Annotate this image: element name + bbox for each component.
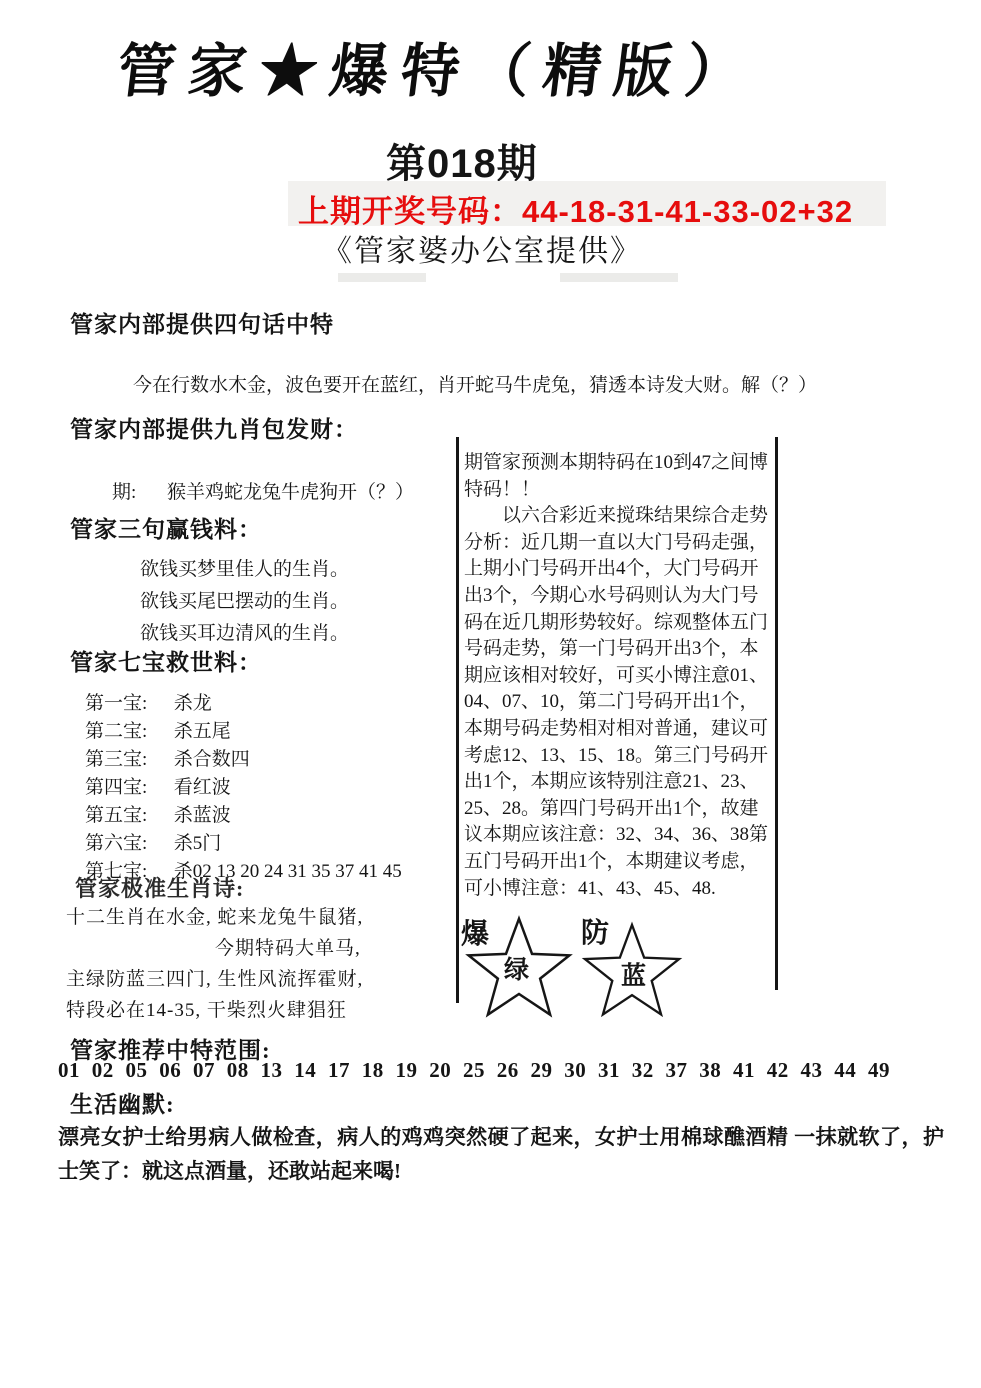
nine-zodiac-label: 期:: [112, 482, 136, 503]
analysis-line: 号码走势，第一门号码开出3个，本: [464, 636, 772, 663]
nine-zodiac-line: 期: 猴羊鸡蛇龙兔牛虎狗开（？）: [112, 477, 414, 504]
treasure-row: 第六宝: 杀5门: [85, 828, 221, 855]
burst-tag-label: 爆: [461, 912, 489, 952]
analysis-line: 分析：近几期一直以大门号码走强，: [464, 530, 772, 557]
section-four-sentence-header: 管家内部提供四句话中特: [70, 306, 334, 339]
treasure-label: 第三宝:: [85, 744, 157, 771]
treasure-row: 第三宝: 杀合数四: [85, 744, 250, 771]
treasure-value: 杀合数四: [174, 744, 250, 771]
tip-sheet: 管家★爆特（精版） 第018期 上期开奖号码：44-18-31-41-33-02…: [0, 0, 981, 1388]
panel-right-rule: [775, 437, 778, 990]
section-zodiac-poem-header: 管家极准生肖诗:: [75, 872, 244, 903]
zodiac-poem-line: 特段必在14-35, 干柴烈火肆猖狂: [66, 995, 347, 1022]
analysis-line: 议本期应该注意：32、34、36、38第: [464, 822, 772, 849]
three-win-line: 欲钱买梦里佳人的生肖。: [140, 554, 349, 581]
scan-artifact: [560, 273, 678, 282]
section-nine-zodiac-header: 管家内部提供九肖包发财：: [70, 411, 358, 444]
last-draw-numbers: 上期开奖号码：44-18-31-41-33-02+32: [298, 186, 853, 231]
zodiac-poem-line: 主绿防蓝三四门, 生性风流挥霍财,: [66, 964, 363, 991]
analysis-line: 可小博注意：41、43、45、48.: [464, 876, 772, 903]
treasure-value: 杀蓝波: [174, 800, 231, 827]
zodiac-poem-line: 今期特码大单马,: [215, 933, 361, 960]
analysis-line: 期应该相对较好，可买小博注意01、: [464, 663, 772, 690]
treasure-label: 第二宝:: [85, 716, 157, 743]
treasure-label: 第四宝:: [85, 772, 157, 799]
treasure-row: 第五宝: 杀蓝波: [85, 800, 231, 827]
treasure-label: 第五宝:: [85, 800, 157, 827]
treasure-row: 第一宝: 杀龙: [85, 688, 212, 715]
zodiac-poem-line: 十二生肖在水金, 蛇来龙兔牛鼠猪,: [66, 902, 363, 929]
four-sentence-poem: 今在行数水木金，波色要开在蓝红，肖开蛇马牛虎兔，猜透本诗发大财。解（？）: [133, 370, 817, 397]
treasure-value: 杀五尾: [174, 716, 231, 743]
section-humor-header: 生活幽默:: [70, 1086, 175, 1119]
treasure-row: 第四宝: 看红波: [85, 772, 231, 799]
analysis-line: 上期小门号码开出4个，大门号码开: [464, 556, 772, 583]
humor-text: 漂亮女护士给男病人做检查，病人的鸡鸡突然硬了起来，女护士用棉球醮酒精 一抹就软了…: [58, 1120, 944, 1188]
section-seven-treasures-header: 管家七宝救世料：: [70, 644, 262, 677]
provider-line: 《管家婆办公室提供》: [322, 226, 642, 270]
analysis-line: 考虑12、13、15、18。第三门号码开: [464, 743, 772, 770]
green-star-core-label: 绿: [504, 950, 529, 986]
analysis-line: 出3个，今期心水号码则认为大门号: [464, 583, 772, 610]
recommend-numbers: 01 02 05 06 07 08 13 14 17 18 19 20 25 2…: [58, 1058, 890, 1083]
treasure-row: 第二宝: 杀五尾: [85, 716, 231, 743]
treasure-value: 杀龙: [174, 688, 212, 715]
masthead-title: 管家★爆特（精版）: [113, 24, 762, 108]
treasure-label: 第六宝:: [85, 828, 157, 855]
section-three-win-header: 管家三句赢钱料：: [70, 511, 262, 544]
analysis-line: 本期号码走势相对相对普通，建议可: [464, 716, 772, 743]
analysis-line: 特码！！: [464, 477, 772, 504]
analysis-line: 25、28。第四门号码开出1个，故建: [464, 796, 772, 823]
three-win-line: 欲钱买尾巴摆动的生肖。: [140, 586, 349, 613]
analysis-line: 五门号码开出1个，本期建议考虑，: [464, 849, 772, 876]
analysis-line: 以六合彩近来搅珠结果综合走势: [464, 503, 772, 530]
treasure-value: 看红波: [174, 772, 231, 799]
guard-tag-label: 防: [581, 911, 609, 951]
treasure-label: 第一宝:: [85, 688, 157, 715]
analysis-line: 04、07、10，第二门号码开出1个，: [464, 689, 772, 716]
analysis-panel: 期管家预测本期特码在10到47之间博 特码！！ 以六合彩近来搅珠结果综合走势 分…: [464, 450, 772, 902]
blue-star-core-label: 蓝: [621, 956, 646, 992]
analysis-line: 出1个，本期应该特别注意21、23、: [464, 769, 772, 796]
three-win-line: 欲钱买耳边清风的生肖。: [140, 618, 349, 645]
analysis-line: 码在近几期形势较好。综观整体五门: [464, 610, 772, 637]
nine-zodiac-value: 猴羊鸡蛇龙兔牛虎狗开（？）: [167, 482, 414, 503]
treasure-value: 杀5门: [174, 828, 222, 855]
scan-artifact: [338, 273, 426, 282]
analysis-line: 期管家预测本期特码在10到47之间博: [464, 450, 772, 477]
panel-left-rule: [456, 437, 459, 1003]
